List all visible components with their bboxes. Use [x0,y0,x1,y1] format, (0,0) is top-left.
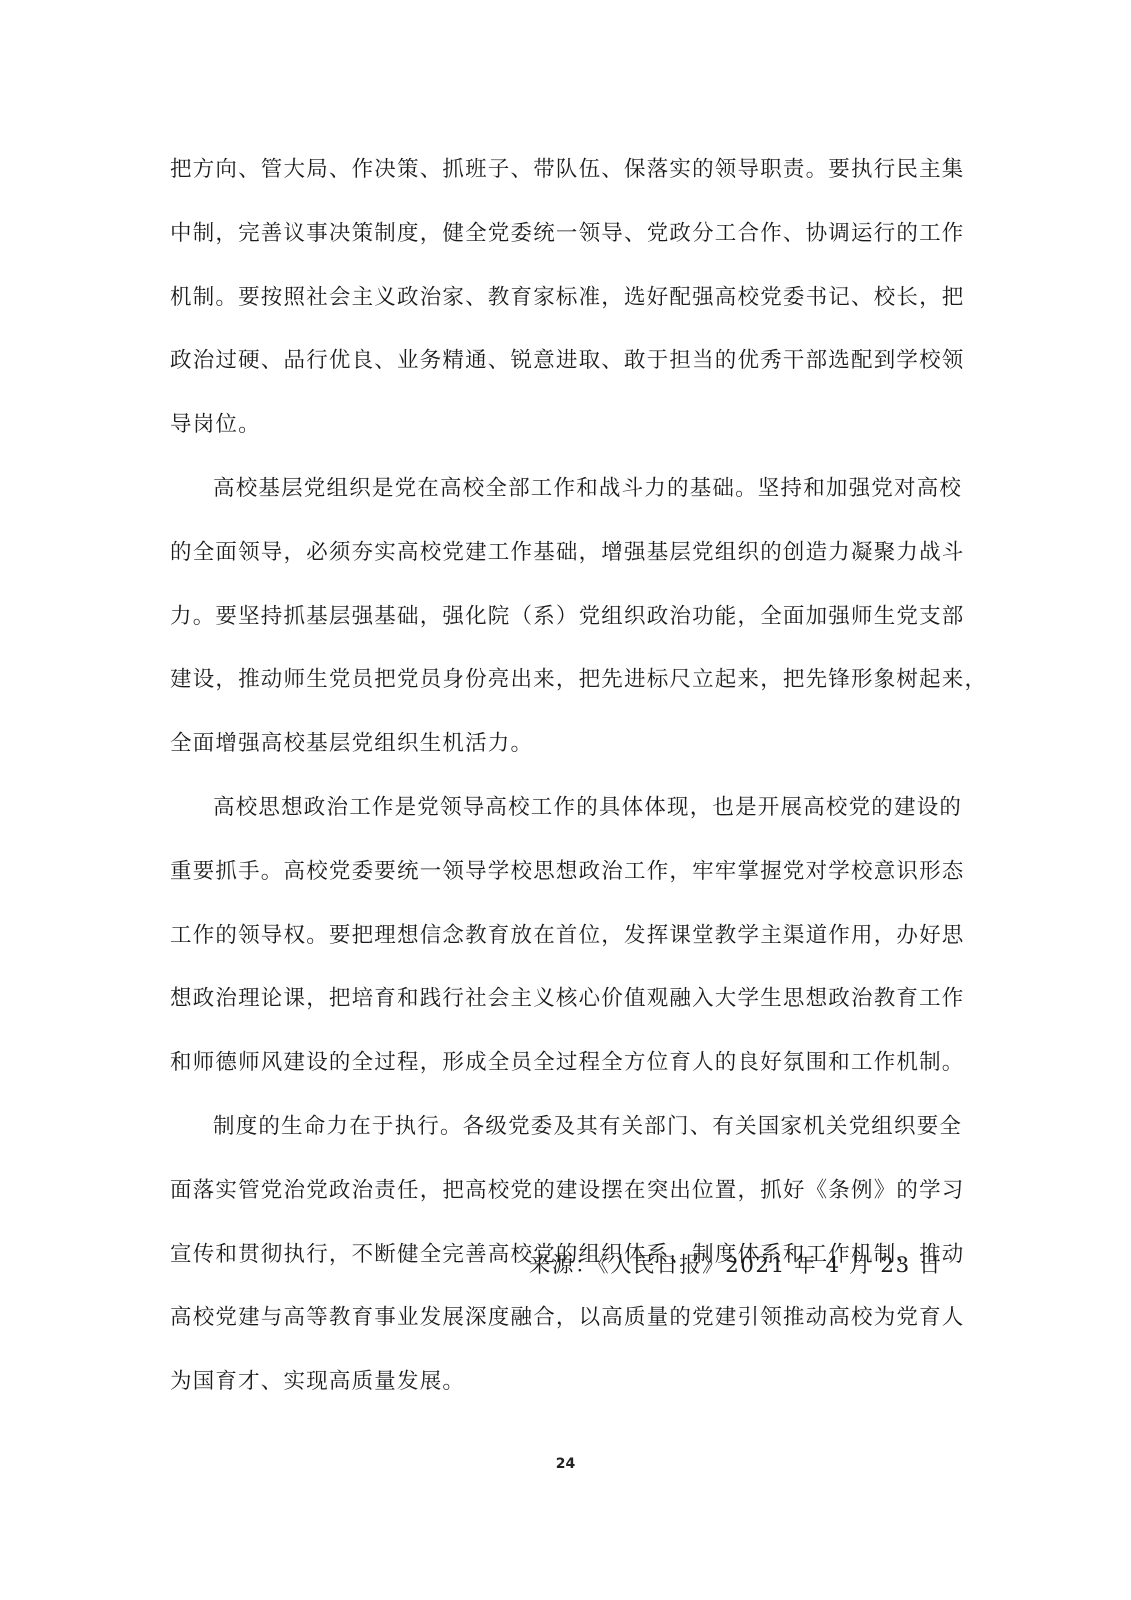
paragraph-4-line-4: 高校党建与高等教育事业发展深度融合，以高质量的党建引领推动高校为党育人 [170,1296,942,1360]
paragraph-2-line-1: 高校基层党组织是党在高校全部工作和战斗力的基础。坚持和加强党对高校 [170,467,942,531]
paragraph-1-line-5: 导岗位。 [170,403,942,467]
paragraph-4-line-2: 面落实管党治党政治责任，把高校党的建设摆在突出位置，抓好《条例》的学习 [170,1169,942,1233]
page-number: 24 [0,1456,1131,1472]
paragraph-3-line-3: 工作的领导权。要把理想信念教育放在首位，发挥课堂教学主渠道作用，办好思 [170,914,942,978]
paragraph-3-line-1: 高校思想政治工作是党领导高校工作的具体体现，也是开展高校党的建设的 [170,786,942,850]
source-citation: 来源：《人民日报》2021 年 4 月 23 日 [529,1248,942,1279]
paragraph-4-line-1: 制度的生命力在于执行。各级党委及其有关部门、有关国家机关党组织要全 [170,1105,942,1169]
paragraph-1-line-4: 政治过硬、品行优良、业务精通、锐意进取、敢于担当的优秀干部选配到学校领 [170,339,942,403]
paragraph-1-line-3: 机制。要按照社会主义政治家、教育家标准，选好配强高校党委书记、校长，把 [170,276,942,340]
paragraph-1-line-2: 中制，完善议事决策制度，健全党委统一领导、党政分工合作、协调运行的工作 [170,212,942,276]
paragraph-2-line-2: 的全面领导，必须夯实高校党建工作基础，增强基层党组织的创造力凝聚力战斗 [170,531,942,595]
paragraph-4-line-5: 为国育才、实现高质量发展。 [170,1360,942,1424]
document-body: 把方向、管大局、作决策、抓班子、带队伍、保落实的领导职责。要执行民主集 中制，完… [170,148,942,1424]
paragraph-2-line-5: 全面增强高校基层党组织生机活力。 [170,722,942,786]
document-page: 把方向、管大局、作决策、抓班子、带队伍、保落实的领导职责。要执行民主集 中制，完… [0,0,1131,1600]
paragraph-3-line-5: 和师德师风建设的全过程，形成全员全过程全方位育人的良好氛围和工作机制。 [170,1041,942,1105]
paragraph-3-line-4: 想政治理论课，把培育和践行社会主义核心价值观融入大学生思想政治教育工作 [170,977,942,1041]
paragraph-2-line-3: 力。要坚持抓基层强基础，强化院（系）党组织政治功能，全面加强师生党支部 [170,595,942,659]
paragraph-1-line-1: 把方向、管大局、作决策、抓班子、带队伍、保落实的领导职责。要执行民主集 [170,148,942,212]
paragraph-2-line-4: 建设，推动师生党员把党员身份亮出来，把先进标尺立起来，把先锋形象树起来， [170,658,942,722]
paragraph-3-line-2: 重要抓手。高校党委要统一领导学校思想政治工作，牢牢掌握党对学校意识形态 [170,850,942,914]
